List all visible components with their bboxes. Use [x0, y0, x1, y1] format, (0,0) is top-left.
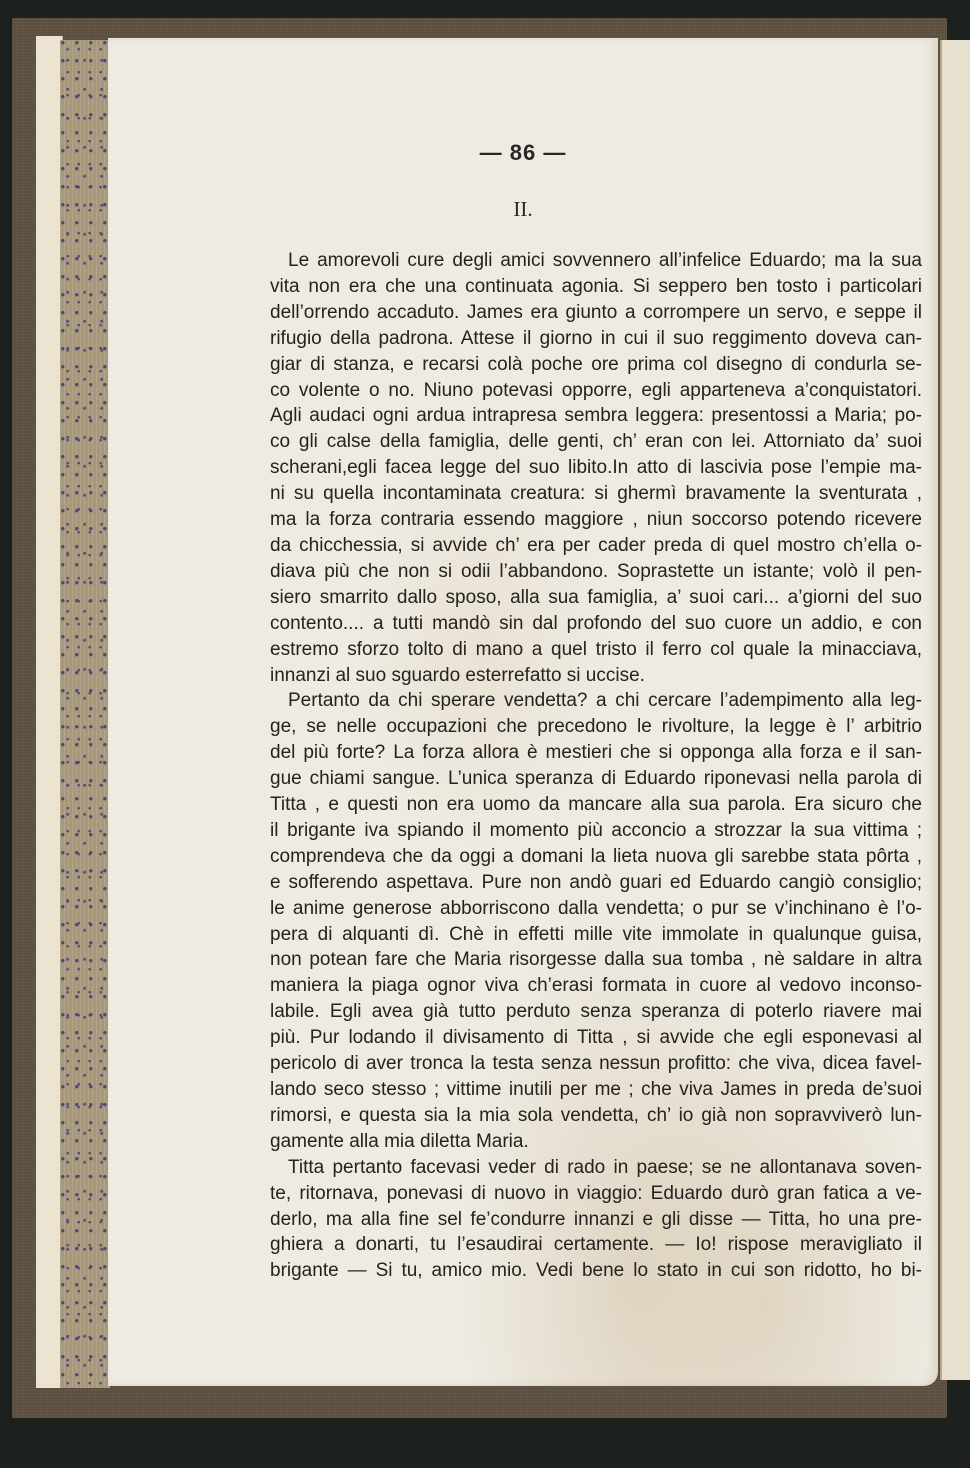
text-line: ni su quella incontaminata creatura: si …	[270, 481, 922, 507]
text-line: Agli audaci ogni ardua intrapresa sembra…	[270, 403, 922, 429]
next-page-edge	[940, 40, 970, 1380]
page-number: — 86 —	[108, 140, 938, 166]
text-line: pera di alquanti dì. Chè in effetti mill…	[270, 922, 922, 948]
text-line: derlo, ma alla fine sel fe’condurre inna…	[270, 1207, 922, 1233]
text-line: pericolo di aver tronca la testa senza n…	[270, 1051, 922, 1077]
body-text: Le amorevoli cure degli amici sovvennero…	[270, 248, 922, 1284]
text-line: co gli calse della famiglia, delle genti…	[270, 429, 922, 455]
text-line: diava più che non si odii l’abbandono. S…	[270, 559, 922, 585]
text-line: co volente o no. Niuno potevasi opporre,…	[270, 378, 922, 404]
text-line: estremo sforzo tolto di mano a quel tris…	[270, 637, 922, 663]
text-line: maniera la piaga ognor viva ch’erasi for…	[270, 973, 922, 999]
chapter-heading: II.	[108, 197, 938, 222]
text-line: gue chiami sangue. L’unica speranza di E…	[270, 766, 922, 792]
text-line: rimorsi, e questa sia la mia sola vendet…	[270, 1103, 922, 1129]
text-line: te, ritornava, ponevasi di nuovo in viag…	[270, 1181, 922, 1207]
text-line: non potean fare che Maria risorgesse dal…	[270, 947, 922, 973]
text-line: il brigante iva spiando il momento più a…	[270, 818, 922, 844]
text-line: rifugio della padrona. Attese il giorno …	[270, 326, 922, 352]
text-line: ma la forza contraria essendo maggiore ,…	[270, 507, 922, 533]
text-line: siero smarrito dallo sposo, alla sua fam…	[270, 585, 922, 611]
text-line: scherani,egli facea legge del suo libito…	[270, 455, 922, 481]
text-line: più. Pur lodando il divisamento di Titta…	[270, 1025, 922, 1051]
text-line: lando seco stesso ; vittime inutili per …	[270, 1077, 922, 1103]
text-line: da chicchessia, si avvide ch’ era per ca…	[270, 533, 922, 559]
text-line: le anime generose abborriscono dalla ven…	[270, 896, 922, 922]
text-line: gamente alla mia diletta Maria.	[270, 1129, 922, 1155]
text-line: giar di stanza, e recarsi colà poche ore…	[270, 352, 922, 378]
text-line: ghiera a donarti, tu l’esaudirai certame…	[270, 1232, 922, 1258]
text-line: dell’orrendo accaduto. James era giunto …	[270, 300, 922, 326]
page-edges	[60, 40, 110, 1388]
text-line: Pertanto da chi sperare vendetta? a chi …	[270, 688, 922, 714]
text-line: labile. Egli avea già tutto perduto senz…	[270, 999, 922, 1025]
text-line: brigante — Si tu, amico mio. Vedi bene l…	[270, 1258, 922, 1284]
text-line: vita non era che una continuata agonia. …	[270, 274, 922, 300]
text-line: comprendeva che da oggi a domani la liet…	[270, 844, 922, 870]
text-line: Titta , e questi non era uomo da mancare…	[270, 792, 922, 818]
text-line: Le amorevoli cure degli amici sovvennero…	[270, 248, 922, 274]
text-line: del più forte? La forza allora è mestier…	[270, 740, 922, 766]
text-line: e sofferendo aspettava. Pure non andò gu…	[270, 870, 922, 896]
endpaper	[36, 36, 63, 1388]
text-line: ge, se nelle occupazioni che precedono l…	[270, 714, 922, 740]
text-line: Titta pertanto facevasi veder di rado in…	[270, 1155, 922, 1181]
text-line: contento.... a tutti mandò sin dal profo…	[270, 611, 922, 637]
text-line: innanzi al suo sguardo esterrefatto si u…	[270, 663, 922, 689]
